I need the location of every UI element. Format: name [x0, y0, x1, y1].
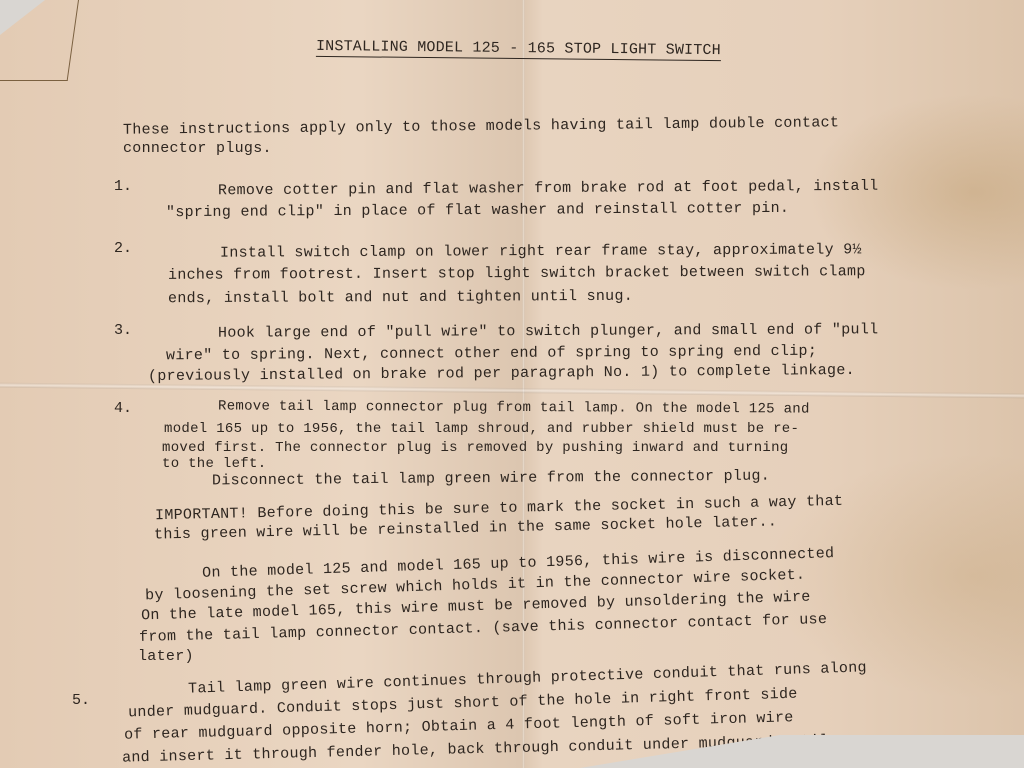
step-line: (previously installed on brake rod per p…	[148, 362, 855, 385]
folded-corner	[0, 0, 79, 81]
step-line: wire" to spring. Next, connect other end…	[166, 343, 817, 365]
step-number: 2.	[114, 240, 132, 257]
step-number: 3.	[114, 322, 132, 339]
step-line: to the left.	[162, 456, 266, 472]
step-line: later)	[138, 648, 194, 665]
step-line: Install switch clamp on lower right rear…	[220, 241, 862, 261]
step-line: "spring end clip" in place of flat washe…	[166, 200, 789, 221]
step-line: Hook large end of "pull wire" to switch …	[218, 321, 878, 341]
step-line: inches from footrest. Insert stop light …	[168, 263, 866, 284]
intro-line: These instructions apply only to those m…	[123, 114, 839, 138]
vertical-crease	[522, 0, 525, 768]
document-title: INSTALLING MODEL 125 - 165 STOP LIGHT SW…	[316, 38, 721, 61]
step-number: 1.	[114, 178, 132, 195]
step-number: 4.	[114, 400, 132, 417]
intro-line: connector plugs.	[123, 140, 272, 157]
step-line: moved first. The connector plug is remov…	[162, 440, 789, 456]
step-line: Remove tail lamp connector plug from tai…	[218, 398, 810, 417]
step-number: 5.	[72, 692, 90, 709]
document-paper: INSTALLING MODEL 125 - 165 STOP LIGHT SW…	[0, 0, 1024, 768]
step-line: model 165 up to 1956, the tail lamp shro…	[164, 421, 799, 437]
step-line: Remove cotter pin and flat washer from b…	[218, 178, 879, 200]
step-line: ends, install bolt and nut and tighten u…	[168, 288, 633, 307]
step-line: Disconnect the tail lamp green wire from…	[212, 468, 770, 490]
